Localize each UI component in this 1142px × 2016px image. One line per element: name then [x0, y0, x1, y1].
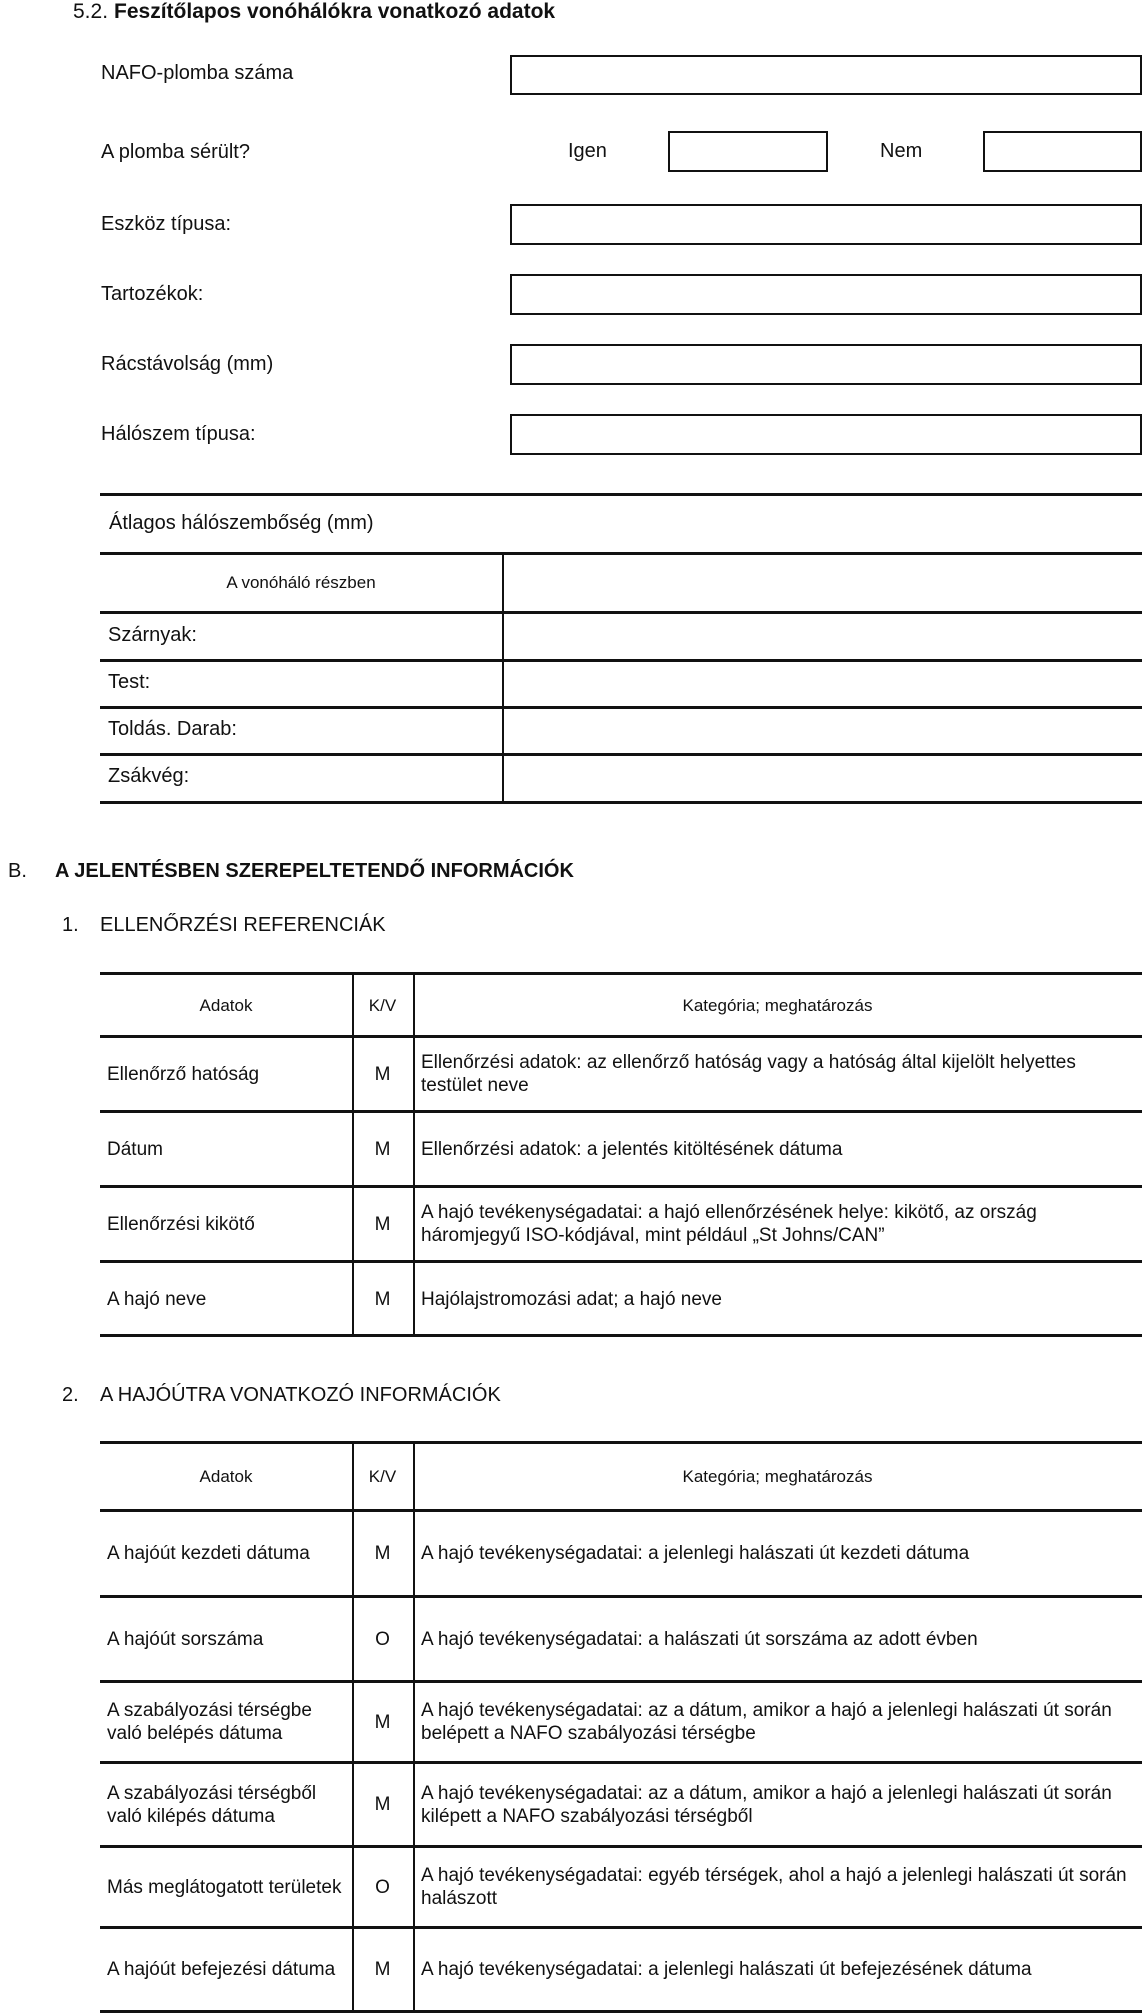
attachments-label: Tartozékok:: [101, 282, 203, 306]
voyage-information-table: Adatok K/V Kategória; meghatározás A haj…: [100, 1441, 1142, 2013]
table-row: Más meglátogatott területek O A hajó tev…: [100, 1848, 1142, 1926]
table-row: Ellenőrzési kikötő M A hajó tevékenységa…: [100, 1188, 1142, 1260]
row-data: A szabályozási térségből való kilépés dá…: [107, 1764, 347, 1845]
seal-damaged-label: A plomba sérült?: [101, 140, 250, 164]
attachments-field[interactable]: [510, 274, 1142, 315]
section-title: 5.2.Feszítőlapos vonóhálókra vonatkozó a…: [73, 0, 555, 24]
row-kv: M: [352, 1263, 413, 1335]
row-kv: M: [352, 1113, 413, 1185]
row-kv: M: [352, 1512, 413, 1595]
divider: [100, 801, 1142, 804]
mesh-table-title: Átlagos hálószembőség (mm): [109, 512, 374, 535]
table-row: Ellenőrző hatóság M Ellenőrzési adatok: …: [100, 1038, 1142, 1110]
row-kv: O: [352, 1848, 413, 1926]
row-kv: M: [352, 1929, 413, 2010]
row-definition: A hajó tevékenységadatai: a hajó ellenőr…: [421, 1188, 1141, 1260]
subsection-title: A HAJÓÚTRA VONATKOZÓ INFORMÁCIÓK: [100, 1384, 501, 1406]
row-kv: M: [352, 1683, 413, 1761]
header-kv: K/V: [352, 1443, 413, 1509]
mesh-row-label: Test:: [108, 671, 150, 694]
nafo-seal-label: NAFO-plomba száma: [101, 61, 293, 85]
row-definition: A hajó tevékenységadatai: a halászati út…: [421, 1598, 1141, 1680]
divider: [100, 1334, 1142, 1337]
row-kv: O: [352, 1598, 413, 1680]
header-data: Adatok: [100, 1443, 352, 1509]
mesh-type-label: Hálószem típusa:: [101, 422, 256, 446]
subsection-number: 2.: [62, 1384, 100, 1407]
row-data: A szabályozási térségbe való belépés dát…: [107, 1683, 347, 1761]
row-data: Ellenőrző hatóság: [107, 1038, 347, 1110]
mesh-row-label: Szárnyak:: [108, 624, 197, 647]
gear-type-label: Eszköz típusa:: [101, 212, 231, 236]
mesh-table-header: A vonóháló részben: [100, 573, 502, 593]
subsection-title: ELLENŐRZÉSI REFERENCIÁK: [100, 914, 386, 936]
section-number: 5.2.: [73, 0, 108, 23]
row-definition: Ellenőrzési adatok: a jelentés kitöltésé…: [421, 1113, 1141, 1185]
grid-spacing-label: Rácstávolság (mm): [101, 352, 273, 376]
mesh-row-label: Zsákvég:: [108, 765, 189, 788]
row-definition: Ellenőrzési adatok: az ellenőrző hatóság…: [421, 1038, 1141, 1110]
table-header: Adatok K/V Kategória; meghatározás: [100, 974, 1142, 1036]
section-heading: Feszítőlapos vonóhálókra vonatkozó adato…: [114, 0, 555, 23]
header-data: Adatok: [100, 974, 352, 1036]
row-kv: M: [352, 1038, 413, 1110]
row-definition: A hajó tevékenységadatai: az a dátum, am…: [421, 1764, 1141, 1845]
row-definition: A hajó tevékenységadatai: az a dátum, am…: [421, 1683, 1141, 1761]
grid-spacing-field[interactable]: [510, 344, 1142, 385]
table-header: Adatok K/V Kategória; meghatározás: [100, 1443, 1142, 1509]
section-b-title: A JELENTÉSBEN SZEREPELTETENDŐ INFORMÁCIÓ…: [55, 860, 574, 882]
table-row: A hajóút kezdeti dátuma M A hajó tevéken…: [100, 1512, 1142, 1595]
no-checkbox[interactable]: [983, 131, 1142, 172]
mesh-row-value[interactable]: [505, 755, 1142, 800]
table-row: A szabályozási térségbe való belépés dát…: [100, 1683, 1142, 1761]
table-row: A szabályozási térségből való kilépés dá…: [100, 1764, 1142, 1845]
row-data: Dátum: [107, 1113, 347, 1185]
table-row: A hajóút sorszáma O A hajó tevékenységad…: [100, 1598, 1142, 1680]
divider: [100, 493, 1142, 496]
row-data: A hajó neve: [107, 1263, 347, 1335]
table-row: A hajó neve M Hajólajstromozási adat; a …: [100, 1263, 1142, 1335]
gear-type-field[interactable]: [510, 204, 1142, 245]
header-definition: Kategória; meghatározás: [413, 974, 1142, 1036]
mesh-row-value[interactable]: [505, 613, 1142, 658]
divider: [100, 552, 1142, 555]
section-b-heading: B.A JELENTÉSBEN SZEREPELTETENDŐ INFORMÁC…: [8, 860, 574, 883]
no-label: Nem: [880, 140, 922, 163]
nafo-seal-field[interactable]: [510, 55, 1142, 95]
yes-label: Igen: [568, 140, 607, 163]
row-definition: A hajó tevékenységadatai: egyéb térségek…: [421, 1848, 1141, 1926]
row-definition: A hajó tevékenységadatai: a jelenlegi ha…: [421, 1512, 1141, 1595]
column-divider: [502, 553, 504, 804]
header-definition: Kategória; meghatározás: [413, 1443, 1142, 1509]
row-definition: A hajó tevékenységadatai: a jelenlegi ha…: [421, 1929, 1141, 2010]
row-definition: Hajólajstromozási adat; a hajó neve: [421, 1263, 1141, 1335]
divider: [100, 2010, 1142, 2013]
row-data: A hajóút sorszáma: [107, 1598, 347, 1680]
mesh-type-field[interactable]: [510, 414, 1142, 455]
row-data: Ellenőrzési kikötő: [107, 1188, 347, 1260]
row-data: Más meglátogatott területek: [107, 1848, 347, 1926]
inspection-references-table: Adatok K/V Kategória; meghatározás Ellen…: [100, 972, 1142, 1336]
subsection-2-heading: 2.A HAJÓÚTRA VONATKOZÓ INFORMÁCIÓK: [62, 1384, 501, 1407]
mesh-row-label: Toldás. Darab:: [108, 718, 237, 741]
mesh-row-value[interactable]: [505, 708, 1142, 753]
row-kv: M: [352, 1764, 413, 1845]
mesh-row-value[interactable]: [505, 661, 1142, 706]
row-data: A hajóút befejezési dátuma: [107, 1929, 347, 2010]
table-row: Dátum M Ellenőrzési adatok: a jelentés k…: [100, 1113, 1142, 1185]
row-kv: M: [352, 1188, 413, 1260]
row-data: A hajóút kezdeti dátuma: [107, 1512, 347, 1595]
subsection-number: 1.: [62, 914, 100, 937]
header-kv: K/V: [352, 974, 413, 1036]
table-row: A hajóút befejezési dátuma M A hajó tevé…: [100, 1929, 1142, 2010]
section-b-letter: B.: [8, 860, 55, 883]
yes-checkbox[interactable]: [668, 131, 828, 172]
subsection-1-heading: 1.ELLENŐRZÉSI REFERENCIÁK: [62, 914, 386, 937]
